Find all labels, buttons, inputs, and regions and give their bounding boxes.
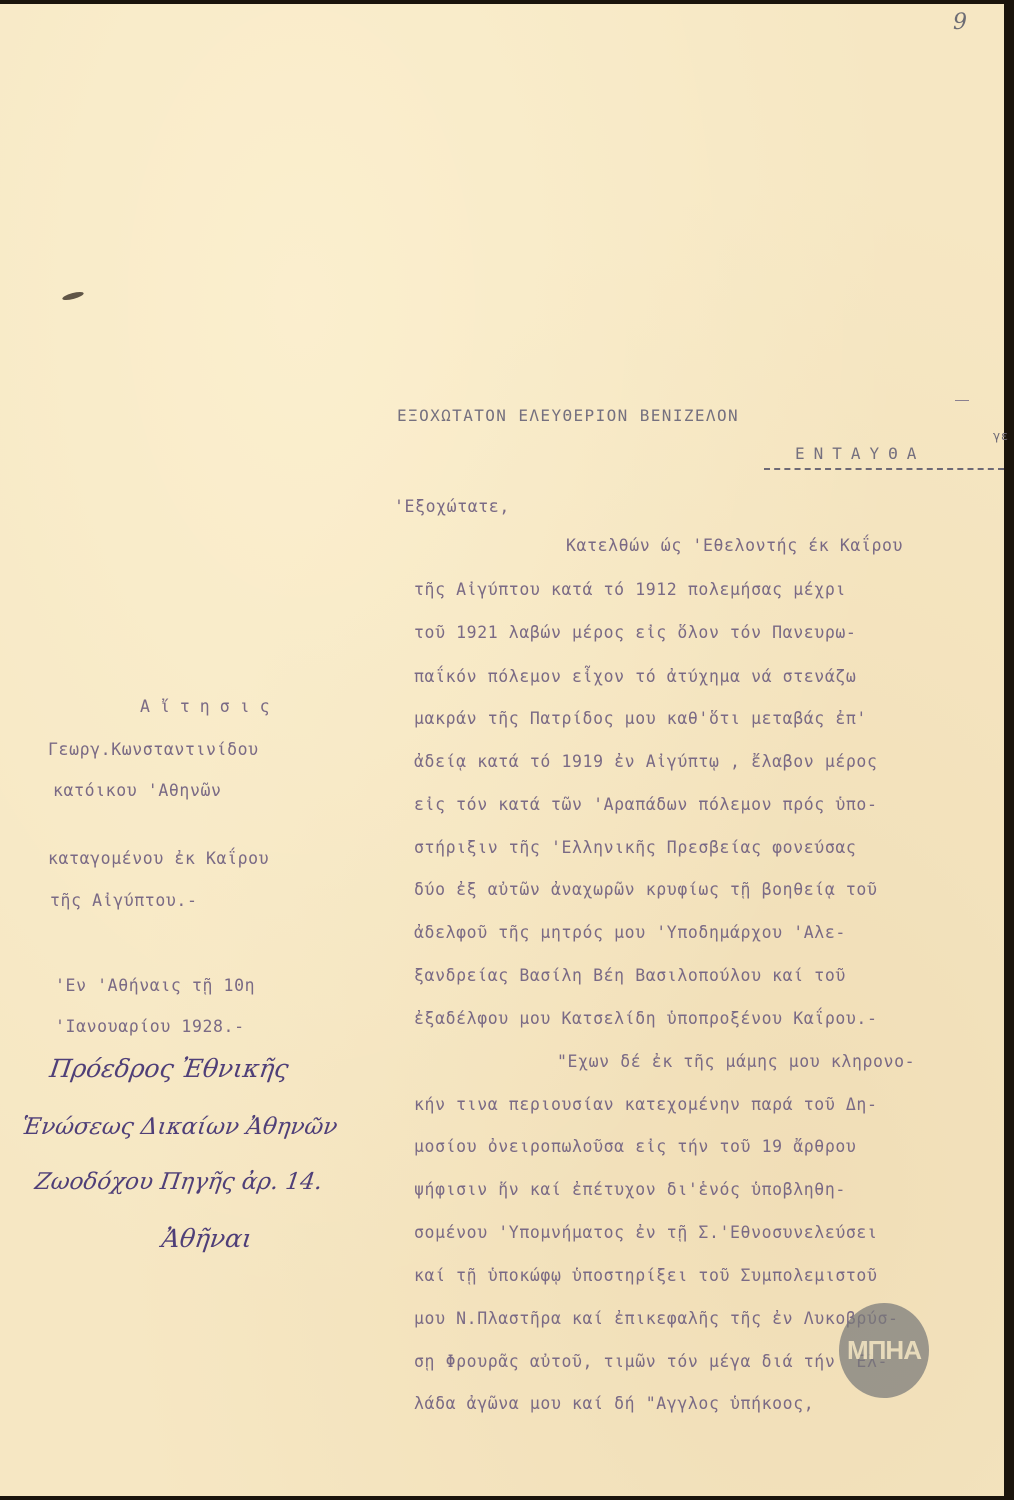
body-line: καί τῇ ὑποκώφῳ ὑποστηρίξει τοῦ Συμπολεμι… xyxy=(414,1266,878,1285)
body-line: κήν τινα περιουσίαν κατεχομένην παρά τοῦ… xyxy=(414,1095,878,1114)
body-line: εἰς τόν κατά τῶν 'Αραπάδων πόλεμον πρός … xyxy=(414,795,878,814)
sidebar-title: Αἴτησις xyxy=(140,697,280,716)
sidebar-line: κατόικου 'Αθηνῶν xyxy=(53,781,222,800)
sidebar-line: καταγομένου ἐκ Καΐρου xyxy=(48,849,269,868)
body-line: τοῦ 1921 λαβών μέρος εἰς ὅλον τόν Πανευρ… xyxy=(414,623,856,642)
body-line: ἐξαδέλφου μου Κατσελίδη ὑποπροξένου Καΐρ… xyxy=(414,1009,878,1028)
body-line: λάδα ἀγῶνα μου καί δή "Αγγλος ὑπήκοος, xyxy=(414,1394,814,1413)
archive-stamp: ΜΠΗΑ xyxy=(839,1303,929,1398)
addressee-name: ΕΞΟΧΩΤΑΤΟΝ ΕΛΕΥΘΕΡΙΟΝ ΒΕΝΙΖΕΛΟΝ xyxy=(397,406,739,425)
pencil-mark xyxy=(955,400,969,401)
body-line: παΐκόν πόλεμον εἶχον τό ἀτύχημα νά στενά… xyxy=(414,667,856,686)
body-line: ψήφισιν ἥν καί ἐπέτυχον δι'ἑνός ὑποβληθη… xyxy=(414,1180,846,1199)
sidebar-date-line: 'Εν 'Αθήναις τῇ 10η xyxy=(55,976,255,995)
body-line: μακράν τῆς Πατρίδος μου καθ'ὅτι μεταβάς … xyxy=(414,709,867,728)
handwritten-line: Ἑνώσεως Δικαίων Ἀθηνῶν xyxy=(20,1114,339,1140)
handwritten-line: Ζωοδόχου Πηγῆς ἀρ. 14. xyxy=(33,1169,324,1195)
salutation: 'Εξοχώτατε, xyxy=(394,497,510,516)
document-page: 9 ΕΞΟΧΩΤΑΤΟΝ ΕΛΕΥΘΕΡΙΟΝ ΒΕΝΙΖΕΛΟΝ γε ΕΝΤ… xyxy=(0,4,1004,1496)
location-underline xyxy=(764,468,1004,470)
body-line: μου Ν.Πλαστῆρα καί ἐπικεφαλῆς τῆς ἐν Λυκ… xyxy=(414,1309,899,1328)
sidebar-line: Γεωργ.Κωνσταντινίδου xyxy=(48,740,259,759)
body-line: ξανδρείας Βασίλη Βέη Βασιλοπούλου καί το… xyxy=(414,966,846,985)
body-line: τῆς Αἰγύπτου κατά τό 1912 πολεμήσας μέχρ… xyxy=(414,580,846,599)
body-line: σομένου 'Υπομνήματος ἐν τῇ Σ.'Εθνοσυνελε… xyxy=(414,1223,878,1242)
body-line: μοσίου ὀνειροπωλοῦσα εἰς τήν τοῦ 19 ἄρθρ… xyxy=(414,1137,856,1156)
body-line: Κατελθών ώς 'Εθελοντής έκ Καΐρου xyxy=(566,536,903,555)
ink-speck xyxy=(62,290,85,301)
handwritten-line: Ἀθῆναι xyxy=(160,1224,254,1253)
addressee-location: ΕΝΤΑΥΘΑ xyxy=(795,444,925,463)
body-line: σῃ Φρουρᾶς αὐτοῦ, τιμῶν τόν μέγα διά τήν… xyxy=(414,1352,888,1371)
body-line: στήριξιν τῆς 'Ελληνικῆς Πρεσβείας φονεύσ… xyxy=(414,838,856,857)
sidebar-line: τῆς Αἰγύπτου.- xyxy=(50,891,197,910)
stamp-text: ΜΠΗΑ xyxy=(847,1335,921,1366)
handwritten-line: Πρόεδρος Ἐθνικῆς xyxy=(48,1054,291,1083)
body-line: ἀδείᾳ κατά τό 1919 ἐν Αἰγύπτῳ , ἔλαβον μ… xyxy=(414,752,878,771)
body-line: ἀδελφοῦ τῆς μητρός μου 'Υποδημάρχου 'Αλε… xyxy=(414,923,846,942)
sidebar-date-line: 'Ιανουαρίου 1928.- xyxy=(55,1017,245,1036)
page-number: 9 xyxy=(953,10,967,35)
margin-note: γε xyxy=(993,429,1009,443)
body-line: δύο ἐξ αὐτῶν ἀναχωρῶν κρυφίως τῇ βοηθείᾳ… xyxy=(414,880,878,899)
body-line: "Εχων δέ ἐκ τῆς μάμης μου κληρονο- xyxy=(557,1052,915,1071)
